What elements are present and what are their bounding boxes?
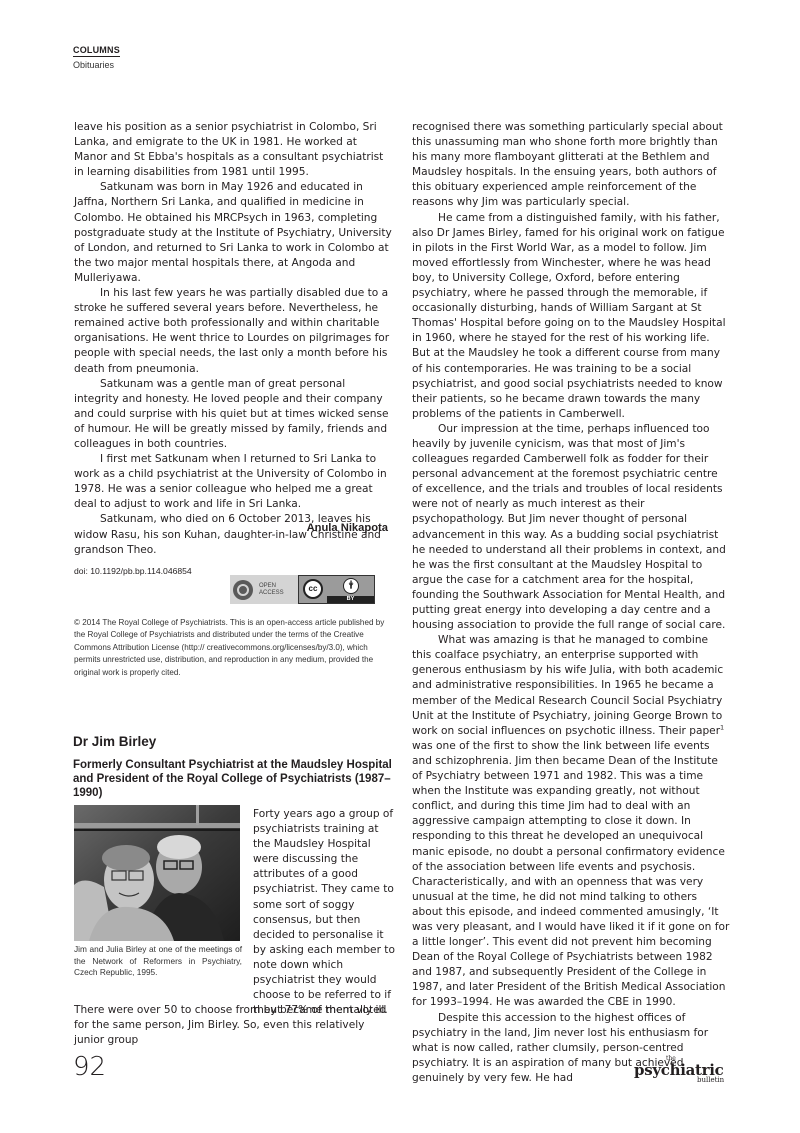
photo-image (74, 805, 240, 941)
reference-superscript[interactable]: 1 (720, 723, 724, 731)
running-header: COLUMNS Obituaries (73, 38, 120, 70)
paragraph: What was amazing is that he managed to c… (412, 633, 730, 1010)
page-number: 92 (73, 1052, 106, 1082)
photo-caption: Jim and Julia Birley at one of the meeti… (74, 944, 242, 979)
open-access-line2: ACCESS (259, 590, 284, 596)
paragraph: In his last few years he was partially d… (74, 286, 392, 377)
open-access-label: OPEN ACCESS (259, 583, 284, 597)
paragraph-text: was one of the first to show the link be… (412, 740, 729, 1009)
paragraph: He came from a distinguished family, wit… (412, 211, 730, 422)
open-access-icon (233, 580, 253, 600)
license-badges: OPEN ACCESS cc 🛉 BY (230, 575, 375, 604)
photo-jim-julia-birley (74, 805, 240, 941)
paragraph: Our impression at the time, perhaps infl… (412, 422, 730, 633)
license-text: © 2014 The Royal College of Psychiatrist… (74, 617, 394, 679)
person-icon: 🛉 (343, 578, 359, 594)
paragraph: Satkunam was born in May 1926 and educat… (74, 180, 392, 286)
paragraph: recognised there was something particula… (412, 120, 730, 211)
obituary-title: Formerly Consultant Psychiatrist at the … (73, 758, 393, 800)
section-label: COLUMNS (73, 45, 120, 57)
obituary-name: Dr Jim Birley (73, 734, 156, 749)
open-access-badge[interactable]: OPEN ACCESS (230, 575, 298, 604)
cc-by-badge[interactable]: cc 🛉 BY (298, 575, 375, 604)
intro-paragraph-wrap: Forty years ago a group of psychiatrists… (253, 807, 395, 1018)
journal-logo-sub: bulletin (697, 1076, 724, 1084)
paragraph: Satkunam was a gentle man of great perso… (74, 377, 392, 452)
intro-paragraph-continued: There were over 50 to choose from but 77… (74, 1003, 394, 1048)
open-access-line1: OPEN (259, 583, 276, 589)
left-column: leave his position as a senior psychiatr… (74, 120, 392, 579)
paragraph: I first met Satkunam when I returned to … (74, 452, 392, 512)
right-column: recognised there was something particula… (412, 120, 730, 1086)
paragraph: leave his position as a senior psychiatr… (74, 120, 392, 180)
journal-logo: the psychiatric bulletin (634, 1057, 734, 1087)
paragraph-text: What was amazing is that he managed to c… (412, 634, 723, 737)
author-signature: Anula Nikapota (307, 521, 388, 536)
creative-commons-icon: cc (303, 579, 323, 599)
closing-paragraph-row: Satkunam, who died on 6 October 2013, le… (74, 512, 392, 557)
subsection-label: Obituaries (73, 60, 120, 70)
by-label: BY (327, 596, 374, 603)
